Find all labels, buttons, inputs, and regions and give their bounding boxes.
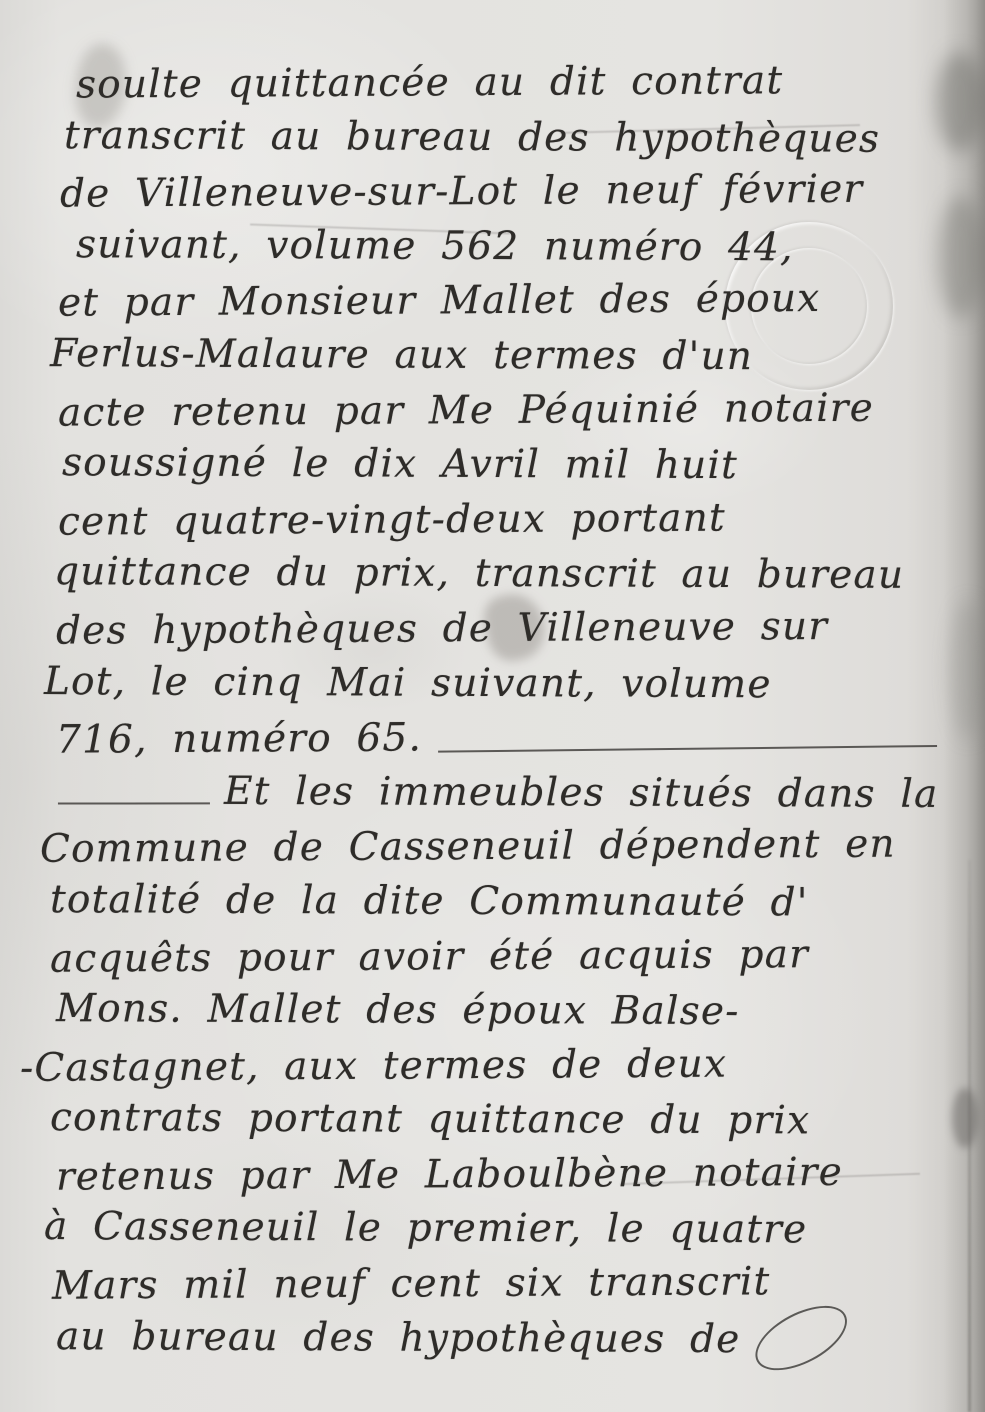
manuscript-line: Mars mil neuf cent six transcrit xyxy=(0,1254,985,1315)
edge-tear-mark xyxy=(952,1088,978,1148)
manuscript-line: Commune de Casseneuil dépendent en xyxy=(0,817,985,878)
manuscript-line: soulte quittancée au dit contrat xyxy=(0,53,985,114)
manuscript-text: Et les immeubles situés dans la xyxy=(224,765,939,823)
manuscript-text: suivant, volume 562 numéro 44, xyxy=(76,218,794,276)
manuscript-line: contrats portant quittance du prix xyxy=(0,1091,985,1150)
manuscript-line: -Castagnet, aux termes de deux xyxy=(0,1036,985,1097)
manuscript-line: de Villeneuve-sur-Lot le neuf février xyxy=(0,162,985,223)
manuscript-text: 716, numéro 65. xyxy=(56,712,422,769)
scanned-manuscript-page: soulte quittancée au dit contrattranscri… xyxy=(0,0,985,1412)
manuscript-text: au bureau des hypothèques de xyxy=(56,1310,741,1368)
edge-smudge xyxy=(936,52,984,152)
manuscript-text: à Casseneuil le premier, le quatre xyxy=(44,1201,808,1259)
manuscript-text: quittance du prix, transcrit au bureau xyxy=(54,545,904,603)
manuscript-line: Mons. Mallet des époux Balse- xyxy=(0,982,985,1041)
manuscript-text: Commune de Casseneuil dépendent en xyxy=(40,818,896,878)
edge-smudge xyxy=(938,196,984,318)
manuscript-line: retenus par Me Laboulbène notaire xyxy=(0,1145,985,1206)
manuscript-text: de Villeneuve-sur-Lot le neuf février xyxy=(60,163,864,222)
manuscript-text: Mons. Mallet des époux Balse- xyxy=(56,982,740,1040)
manuscript-line: soussigné le dix Avril mil huit xyxy=(0,436,985,495)
manuscript-line: 716, numéro 65. xyxy=(0,708,985,769)
manuscript-text: Mars mil neuf cent six transcrit xyxy=(52,1255,771,1314)
manuscript-line: Lot, le cinq Mai suivant, volume xyxy=(0,654,985,713)
manuscript-line: au bureau des hypothèques de xyxy=(0,1310,985,1369)
manuscript-line: Ferlus-Malaure aux termes d'un xyxy=(0,327,985,386)
manuscript-text: cent quatre-vingt-deux portant xyxy=(58,491,726,550)
manuscript-text: soussigné le dix Avril mil huit xyxy=(62,436,738,494)
manuscript-line: cent quatre-vingt-deux portant xyxy=(0,490,985,551)
manuscript-line: suivant, volume 562 numéro 44, xyxy=(0,218,985,277)
manuscript-line: acte retenu par Me Péquinié notaire xyxy=(0,381,985,442)
manuscript-line: à Casseneuil le premier, le quatre xyxy=(0,1200,985,1259)
manuscript-text: contrats portant quittance du prix xyxy=(50,1091,810,1149)
manuscript-text: Ferlus-Malaure aux termes d'un xyxy=(50,327,753,385)
manuscript-text: et par Monsieur Mallet des époux xyxy=(58,272,821,331)
manuscript-text: des hypothèques de Villeneuve sur xyxy=(56,600,828,659)
manuscript-text: soulte quittancée au dit contrat xyxy=(76,54,784,113)
edge-smudge xyxy=(950,600,985,740)
manuscript-text: -Castagnet, aux termes de deux xyxy=(20,1037,727,1096)
manuscript-text: totalité de la dite Communauté d' xyxy=(50,873,809,931)
manuscript-text: acte retenu par Me Péquinié notaire xyxy=(58,381,874,441)
manuscript-text: acquêts pour avoir été acquis par xyxy=(50,928,809,987)
manuscript-line: Et les immeubles situés dans la xyxy=(0,764,985,823)
manuscript-text: transcrit au bureau des hypothèques xyxy=(64,109,880,167)
manuscript-line: des hypothèques de Villeneuve sur xyxy=(0,599,985,660)
manuscript-text: Lot, le cinq Mai suivant, volume xyxy=(44,655,772,713)
manuscript-line: quittance du prix, transcrit au bureau xyxy=(0,545,985,604)
manuscript-line: acquêts pour avoir été acquis par xyxy=(0,926,985,987)
manuscript-line: totalité de la dite Communauté d' xyxy=(0,873,985,932)
manuscript-lines: soulte quittancée au dit contrattranscri… xyxy=(0,56,985,1366)
ink-rule xyxy=(58,802,210,804)
manuscript-line: et par Monsieur Mallet des époux xyxy=(0,271,985,332)
manuscript-text: retenus par Me Laboulbène notaire xyxy=(56,1146,843,1205)
manuscript-line: transcrit au bureau des hypothèques xyxy=(0,108,985,167)
ink-rule xyxy=(438,745,937,753)
